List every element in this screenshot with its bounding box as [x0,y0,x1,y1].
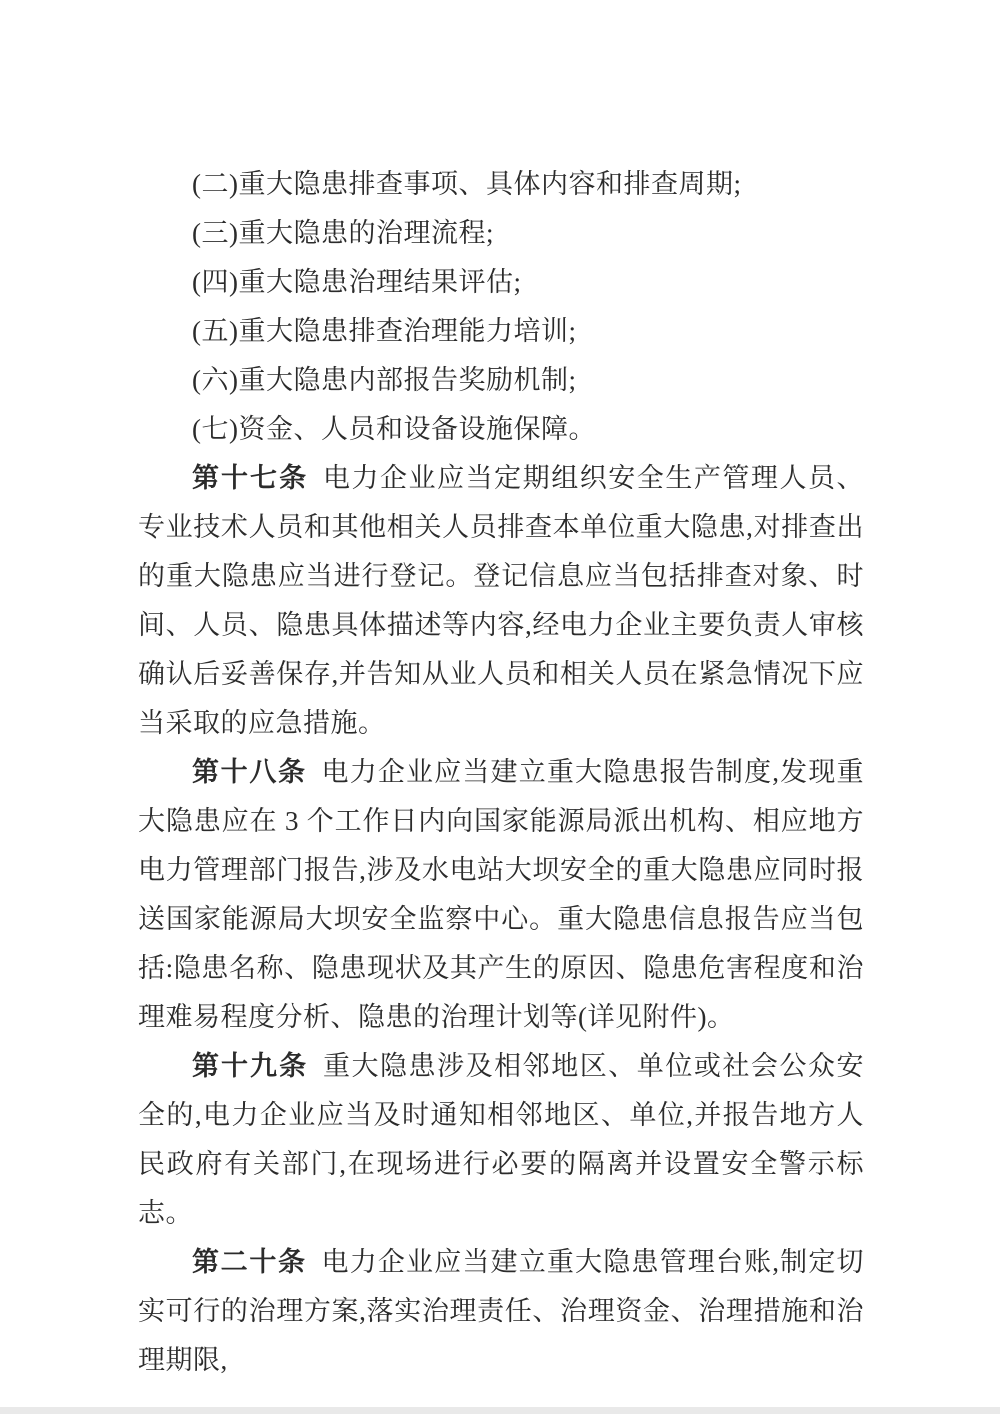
article-18: 第十八条电力企业应当建立重大隐患报告制度,发现重大隐患应在 3 个工作日内向国家… [138,748,864,1042]
list-item-5: (五)重大隐患排查治理能力培训; [138,307,864,356]
list-item-2: (二)重大隐患排查事项、具体内容和排查周期; [138,160,864,209]
article-20-number: 第二十条 [192,1247,307,1277]
article-17-number: 第十七条 [192,463,308,493]
document-page: (二)重大隐患排查事项、具体内容和排查周期; (三)重大隐患的治理流程; (四)… [0,0,1000,1414]
article-18-number: 第十八条 [192,757,307,787]
article-19: 第十九条重大隐患涉及相邻地区、单位或社会公众安全的,电力企业应当及时通知相邻地区… [138,1042,864,1238]
article-17: 第十七条电力企业应当定期组织安全生产管理人员、专业技术人员和其他相关人员排查本单… [138,454,864,748]
scan-bottom-edge [0,1407,1000,1414]
document-content: (二)重大隐患排查事项、具体内容和排查周期; (三)重大隐患的治理流程; (四)… [138,160,864,1385]
article-17-body: 电力企业应当定期组织安全生产管理人员、专业技术人员和其他相关人员排查本单位重大隐… [138,463,864,738]
article-19-number: 第十九条 [192,1051,308,1081]
list-item-4: (四)重大隐患治理结果评估; [138,258,864,307]
list-item-6: (六)重大隐患内部报告奖励机制; [138,356,864,405]
list-item-7: (七)资金、人员和设备设施保障。 [138,405,864,454]
article-20: 第二十条电力企业应当建立重大隐患管理台账,制定切实可行的治理方案,落实治理责任、… [138,1238,864,1385]
list-item-3: (三)重大隐患的治理流程; [138,209,864,258]
article-18-body: 电力企业应当建立重大隐患报告制度,发现重大隐患应在 3 个工作日内向国家能源局派… [138,757,864,1032]
